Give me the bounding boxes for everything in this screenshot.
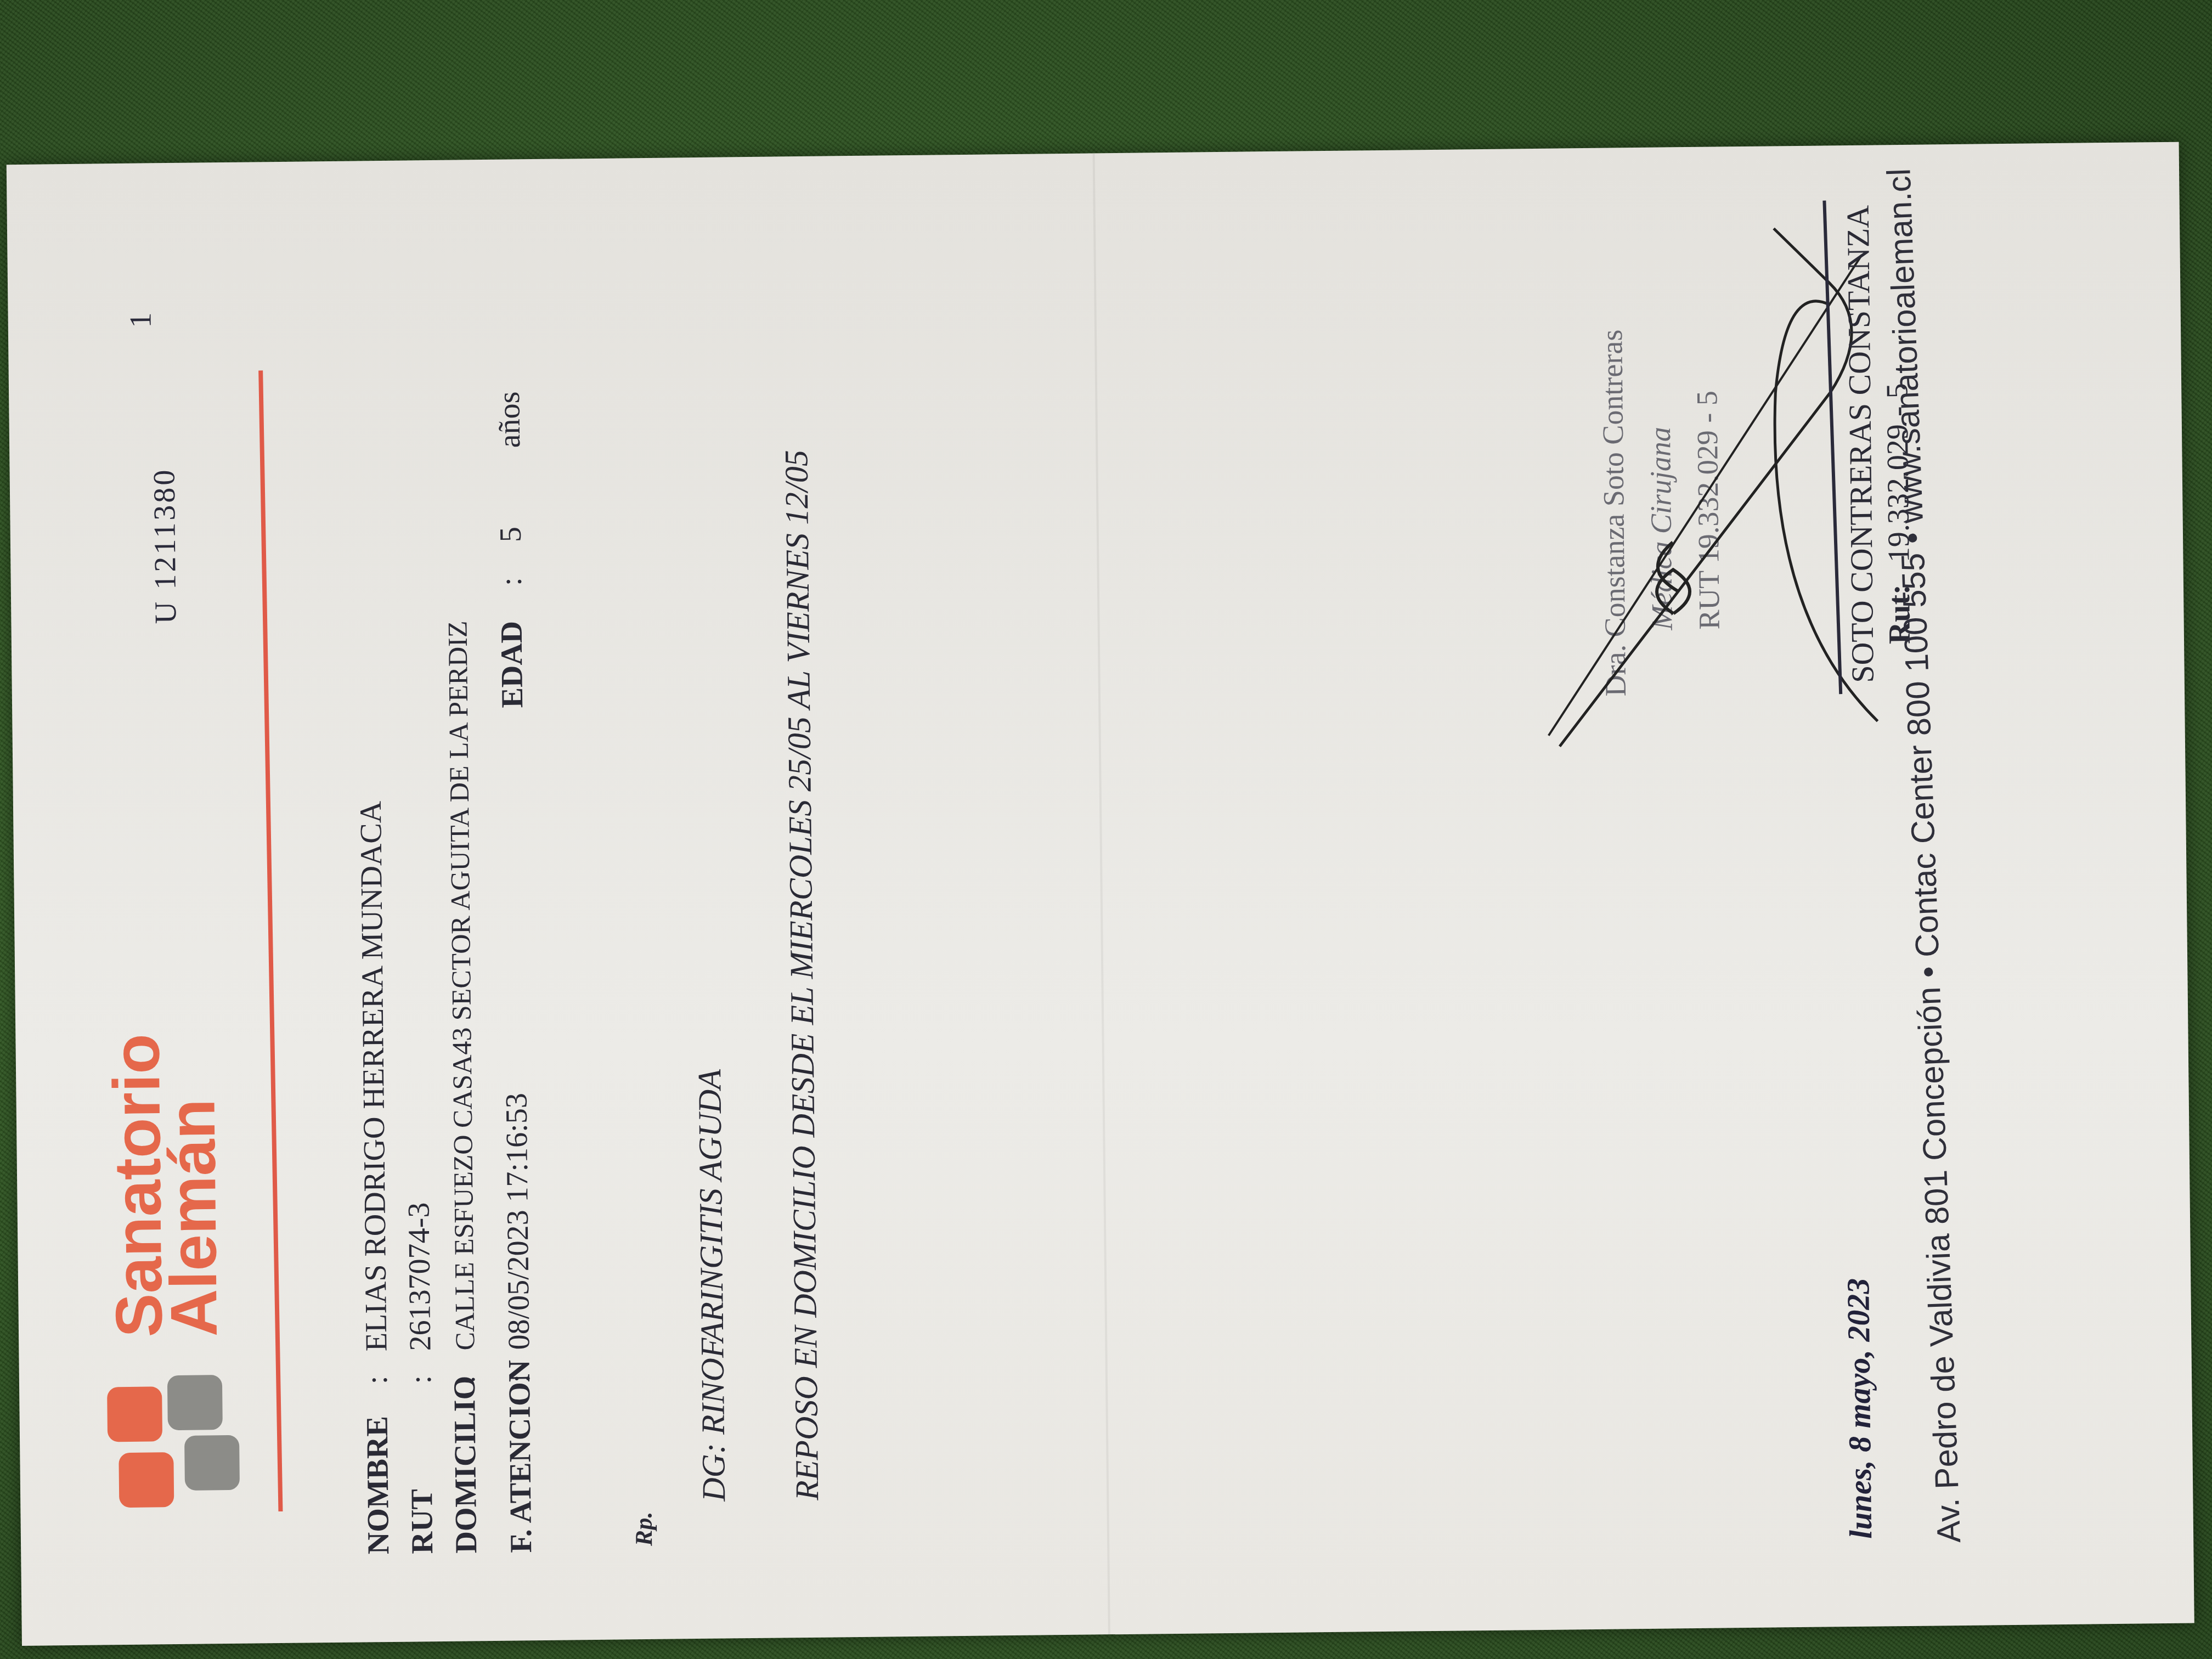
field-atencion: F. ATENCION:08/05/2023 17:16:53 xyxy=(499,1093,539,1553)
field-nombre: NOMBRE:ELIAS RODRIGO HERRERA MUNDACA xyxy=(353,801,396,1555)
attention-datetime: 08/05/2023 17:16:53 xyxy=(499,1093,536,1350)
document-code: U 1211380 xyxy=(147,467,184,624)
patient-name: ELIAS RODRIGO HERRERA MUNDACA xyxy=(354,801,394,1352)
field-rut: RUT:26137074-3 xyxy=(402,1202,441,1554)
patient-age: 5 xyxy=(494,527,528,543)
header-divider xyxy=(258,370,283,1511)
rest-instruction: REPOSO EN DOMICILIO DESDE EL MIERCOLES 2… xyxy=(777,450,826,1501)
medical-certificate-paper: Sanatorio Alemán U 1211380 1 NOMBRE:ELIA… xyxy=(7,142,2194,1646)
issue-date: lunes, 8 mayo, 2023 xyxy=(1839,1278,1879,1539)
patient-address: CALLE ESFUEZO CASA43 SECTOR AGUITA DE LA… xyxy=(442,620,480,1350)
sanatorio-logo-icon xyxy=(107,1364,251,1508)
clinic-footer: Av. Pedro de Valdivia 801 Concepción • C… xyxy=(1880,168,1968,1544)
rp-label: Rp. xyxy=(630,1511,658,1546)
brand-name: Sanatorio Alemán xyxy=(109,1033,222,1338)
paper-fold xyxy=(1093,153,1110,1634)
page-number: 1 xyxy=(123,312,159,328)
doctor-name: SOTO CONTRERAS CONSTANZA xyxy=(1839,205,1881,683)
diagnosis: DG: RINOFARINGITIS AGUDA xyxy=(691,1069,733,1502)
field-domicilio: DOMICILIO:CALLE ESFUEZO CASA43 SECTOR AG… xyxy=(439,620,484,1553)
patient-rut: 26137074-3 xyxy=(402,1202,438,1351)
field-edad: EDAD : 5 años xyxy=(492,391,530,708)
